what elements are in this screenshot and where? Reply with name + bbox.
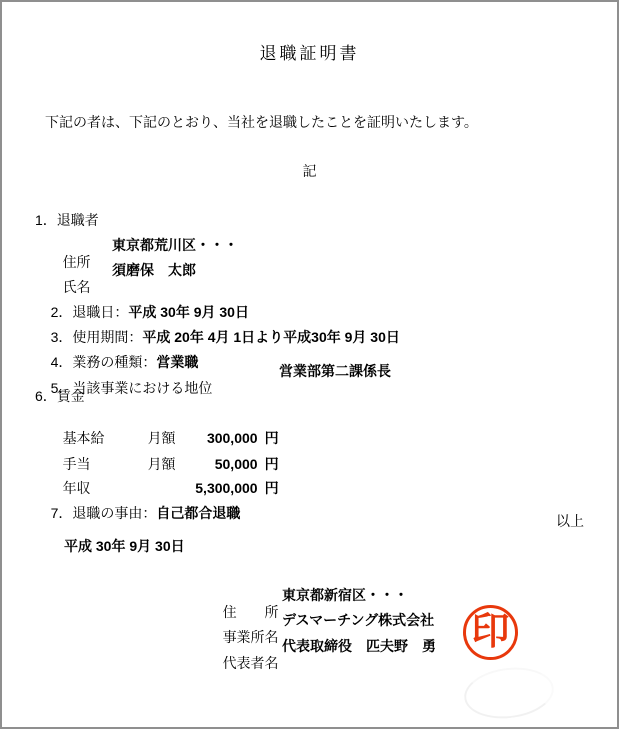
faded-stamp-ghost-icon [461, 663, 556, 724]
address-value: 東京都荒川区・・・ [112, 237, 238, 254]
wage-unit: 円 [265, 480, 279, 497]
item-7-label: 7．退職の事由： [51, 505, 157, 521]
ijou-closing-marker: 以上 [556, 513, 584, 530]
item-7-retirement-reason: 7．退職の事由：自己都合退職 [35, 488, 240, 539]
signature-representative-label: 代表者名 [223, 655, 279, 672]
issue-date: 平成 30年 9月 30日 [64, 538, 185, 555]
seal-in-glyph: 印 [471, 613, 509, 651]
signature-company-value: デスマーチング株式会社 [282, 612, 434, 629]
intro-text: 下記の者は、下記のとおり、当社を退職したことを証明いたします。 [45, 114, 478, 131]
item-7-value: 自己都合退職 [156, 505, 240, 521]
retirement-certificate-document: 退職証明書 下記の者は、下記のとおり、当社を退職したことを証明いたします。 記 … [0, 0, 619, 729]
ki-heading: 記 [2, 163, 617, 180]
name-value: 須磨保 太郎 [112, 262, 196, 279]
signature-representative-value: 代表取締役 匹夫野 勇 [282, 638, 436, 655]
document-title: 退職証明書 [2, 45, 617, 62]
signature-representative-row: 代表者名 代表取締役 匹夫野 勇 [207, 638, 279, 706]
signature-address-value: 東京都新宿区・・・ [282, 587, 408, 604]
company-seal-icon: 印 [463, 605, 518, 660]
item-5-value: 営業部第二課係長 [279, 363, 391, 380]
item-6-wages-heading: 6．賃金 [35, 388, 85, 405]
item-1-retiree-heading: 1．退職者 [35, 212, 99, 229]
